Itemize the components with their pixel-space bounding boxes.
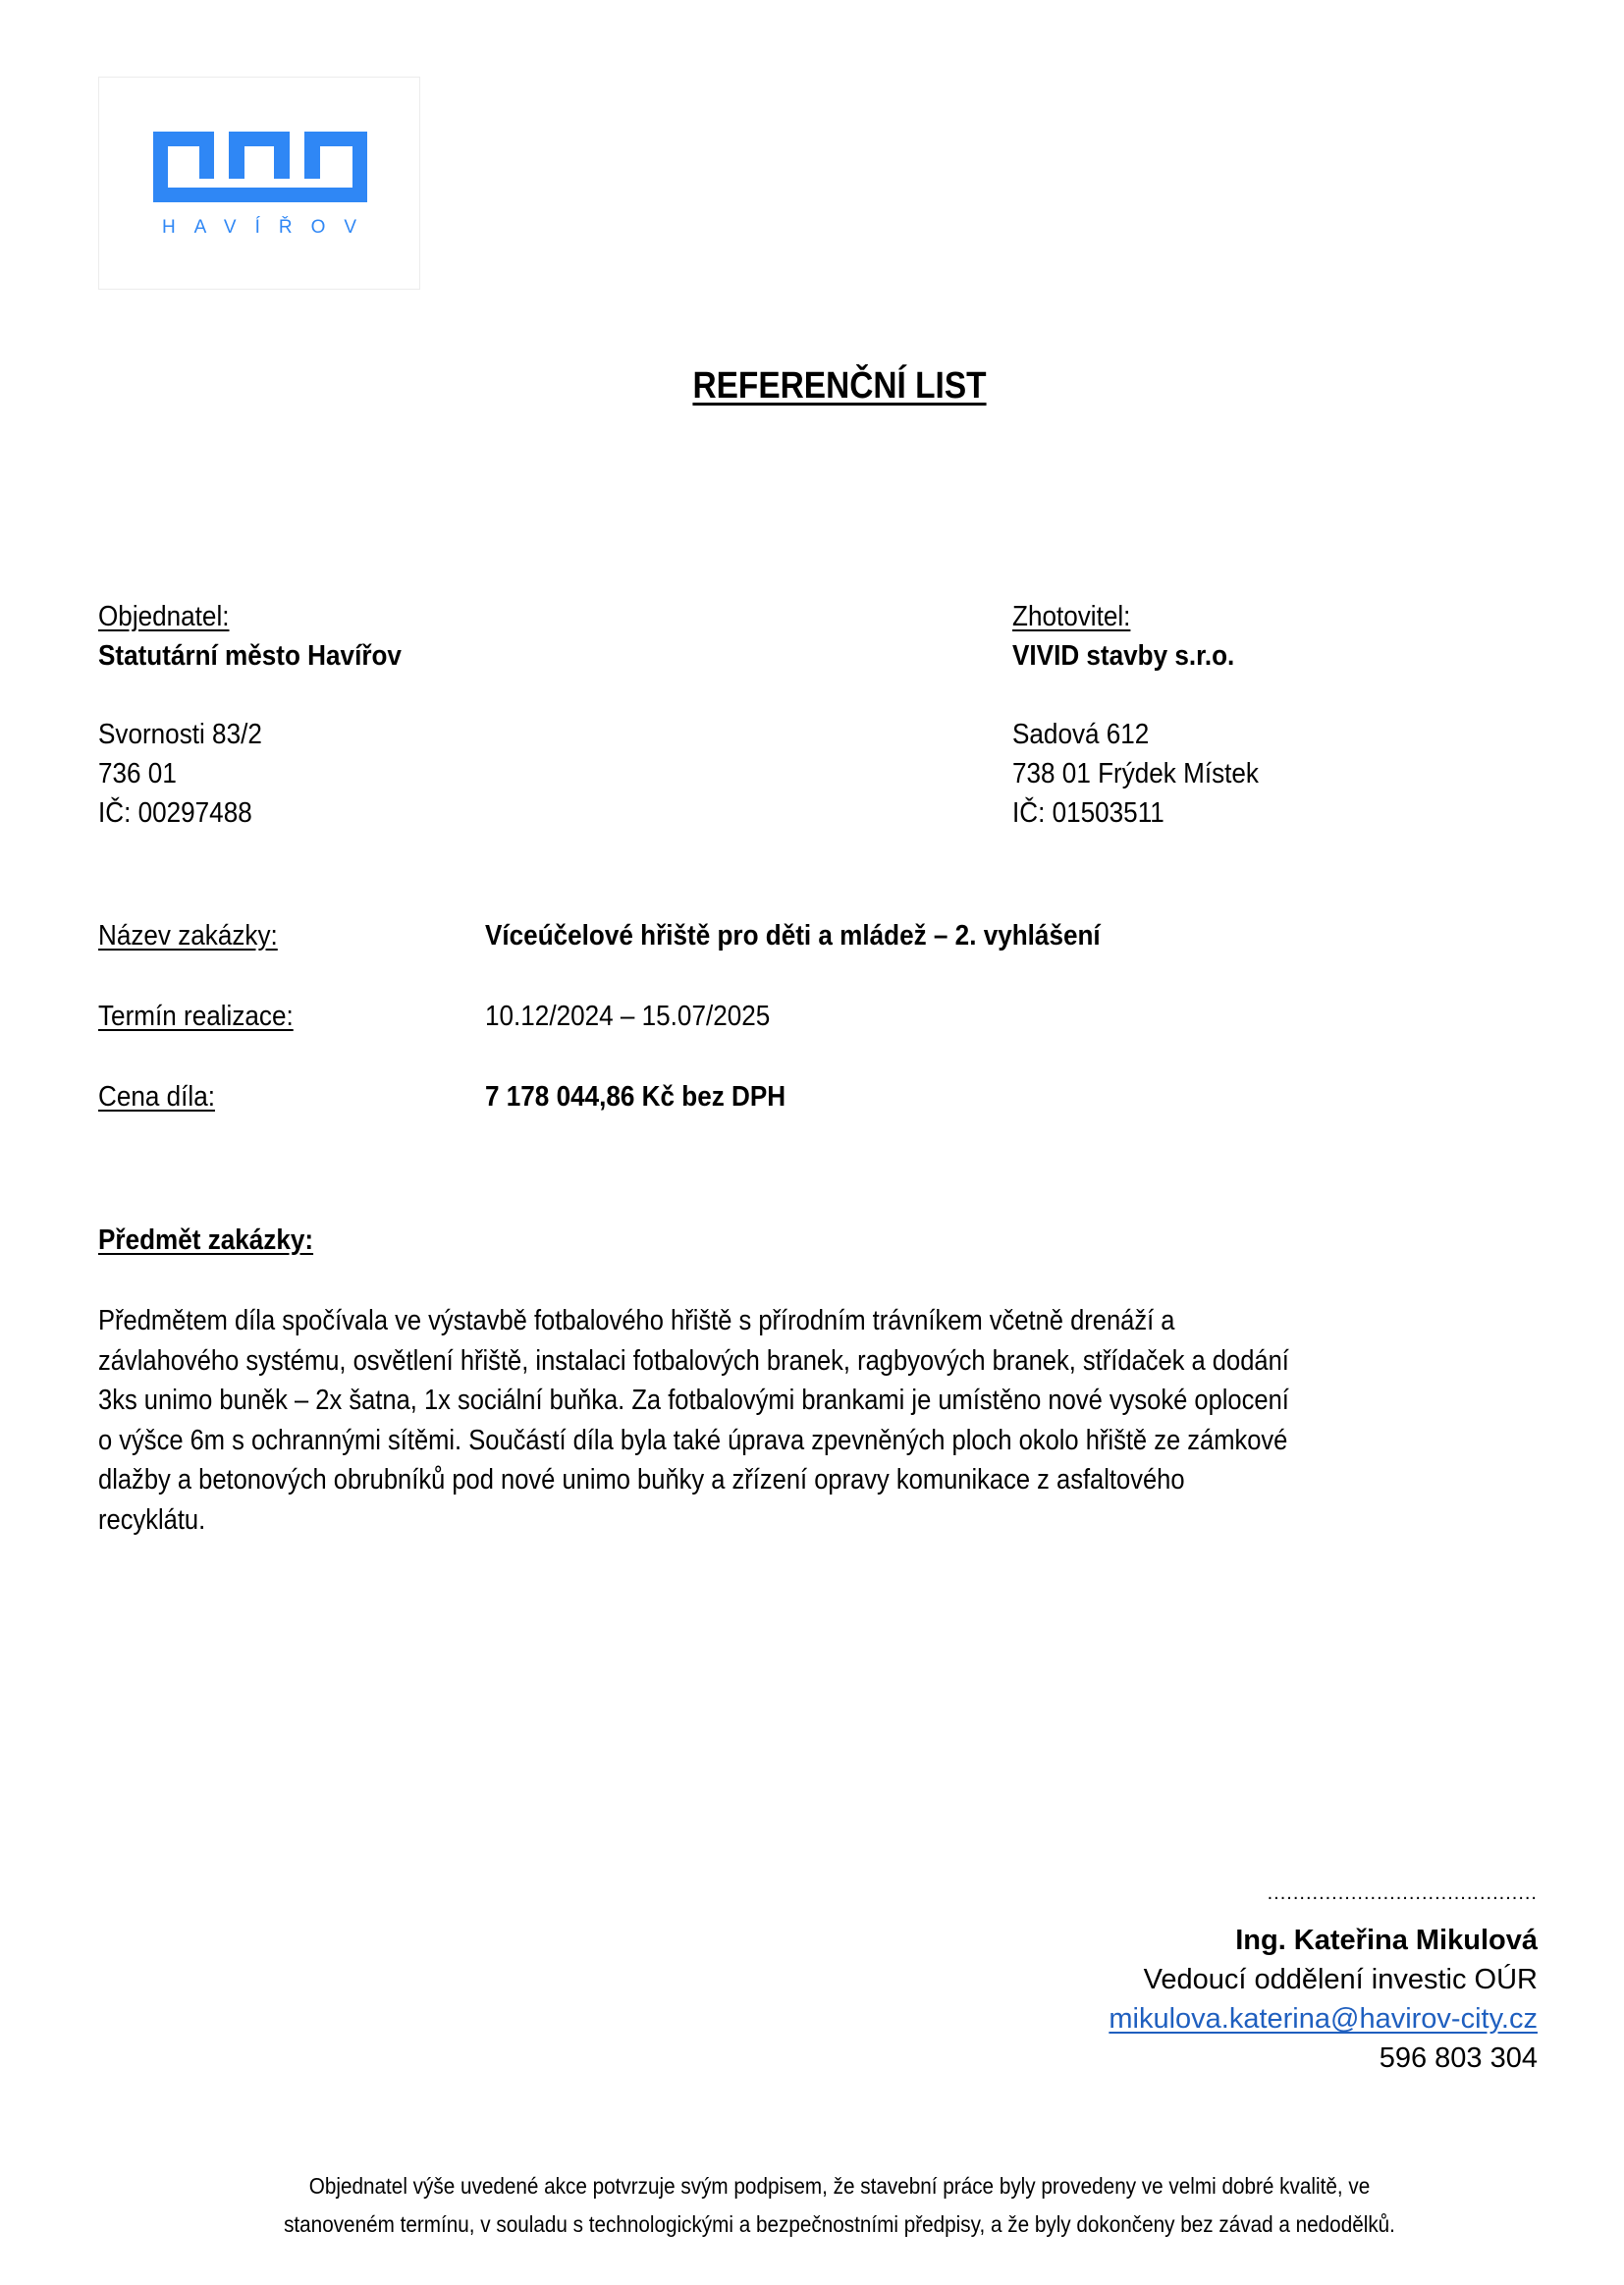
contractor-address-line2: 738 01 Frýdek Místek <box>1012 754 1259 793</box>
detail-label-name: Název zakázky: <box>98 916 278 955</box>
contractor-address-line1: Sadová 612 <box>1012 715 1149 754</box>
subject-line: 3ks unimo buněk – 2x šatna, 1x sociální … <box>98 1381 1377 1421</box>
footer-line1: Objednatel výše uvedené akce potvrzuje s… <box>84 2167 1596 2205</box>
contractor-name: VIVID stavby s.r.o. <box>1012 636 1234 676</box>
page-title: REFERENČNÍ LIST <box>101 365 1579 408</box>
detail-label-price: Cena díla: <box>98 1077 215 1116</box>
detail-value-name: Víceúčelové hřiště pro děti a mládež – 2… <box>485 916 1101 955</box>
signatory-phone: 596 803 304 <box>1380 2039 1538 2078</box>
detail-value-term: 10.12/2024 – 15.07/2025 <box>485 997 770 1036</box>
detail-value-price: 7 178 044,86 Kč bez DPH <box>485 1077 785 1116</box>
logo-text: HAVÍŘOV <box>99 217 419 239</box>
footer-line2: stanoveném termínu, v souladu s technolo… <box>84 2205 1596 2244</box>
subject-line: dlažby a betonových obrubníků pod nové u… <box>98 1460 1377 1500</box>
signatory-email-link[interactable]: mikulova.katerina@havirov-city.cz <box>1109 1999 1538 2039</box>
contractor-heading: Zhotovitel: <box>1012 597 1130 636</box>
havirov-logo-icon <box>153 132 367 202</box>
signature-line: ........................................… <box>1268 1874 1538 1913</box>
signatory-position: Vedoucí oddělení investic OÚR <box>1144 1960 1538 1999</box>
havirov-logo: HAVÍŘOV <box>98 77 420 290</box>
contractor-ic: IČ: 01503511 <box>1012 793 1164 833</box>
detail-label-term: Termín realizace: <box>98 997 294 1036</box>
subject-line: Předmětem díla spočívala ve výstavbě fot… <box>98 1301 1377 1341</box>
subject-line: o výšce 6m s ochrannými sítěmi. Součástí… <box>98 1421 1377 1461</box>
subject-line: recyklátu. <box>98 1500 1377 1541</box>
subject-paragraph: Předmětem díla spočívala ve výstavbě fot… <box>98 1301 1551 1540</box>
signatory-name: Ing. Kateřina Mikulová <box>1235 1921 1538 1960</box>
client-address-line2: 736 01 <box>98 754 177 793</box>
client-heading: Objednatel: <box>98 597 229 636</box>
client-ic: IČ: 00297488 <box>98 793 252 833</box>
client-name: Statutární město Havířov <box>98 636 402 676</box>
signatory-email[interactable]: mikulova.katerina@havirov-city.cz <box>1109 2003 1538 2035</box>
client-address-line1: Svornosti 83/2 <box>98 715 262 754</box>
subject-heading: Předmět zakázky: <box>98 1221 313 1260</box>
subject-line: závlahového systému, osvětlení hřiště, i… <box>98 1341 1377 1382</box>
